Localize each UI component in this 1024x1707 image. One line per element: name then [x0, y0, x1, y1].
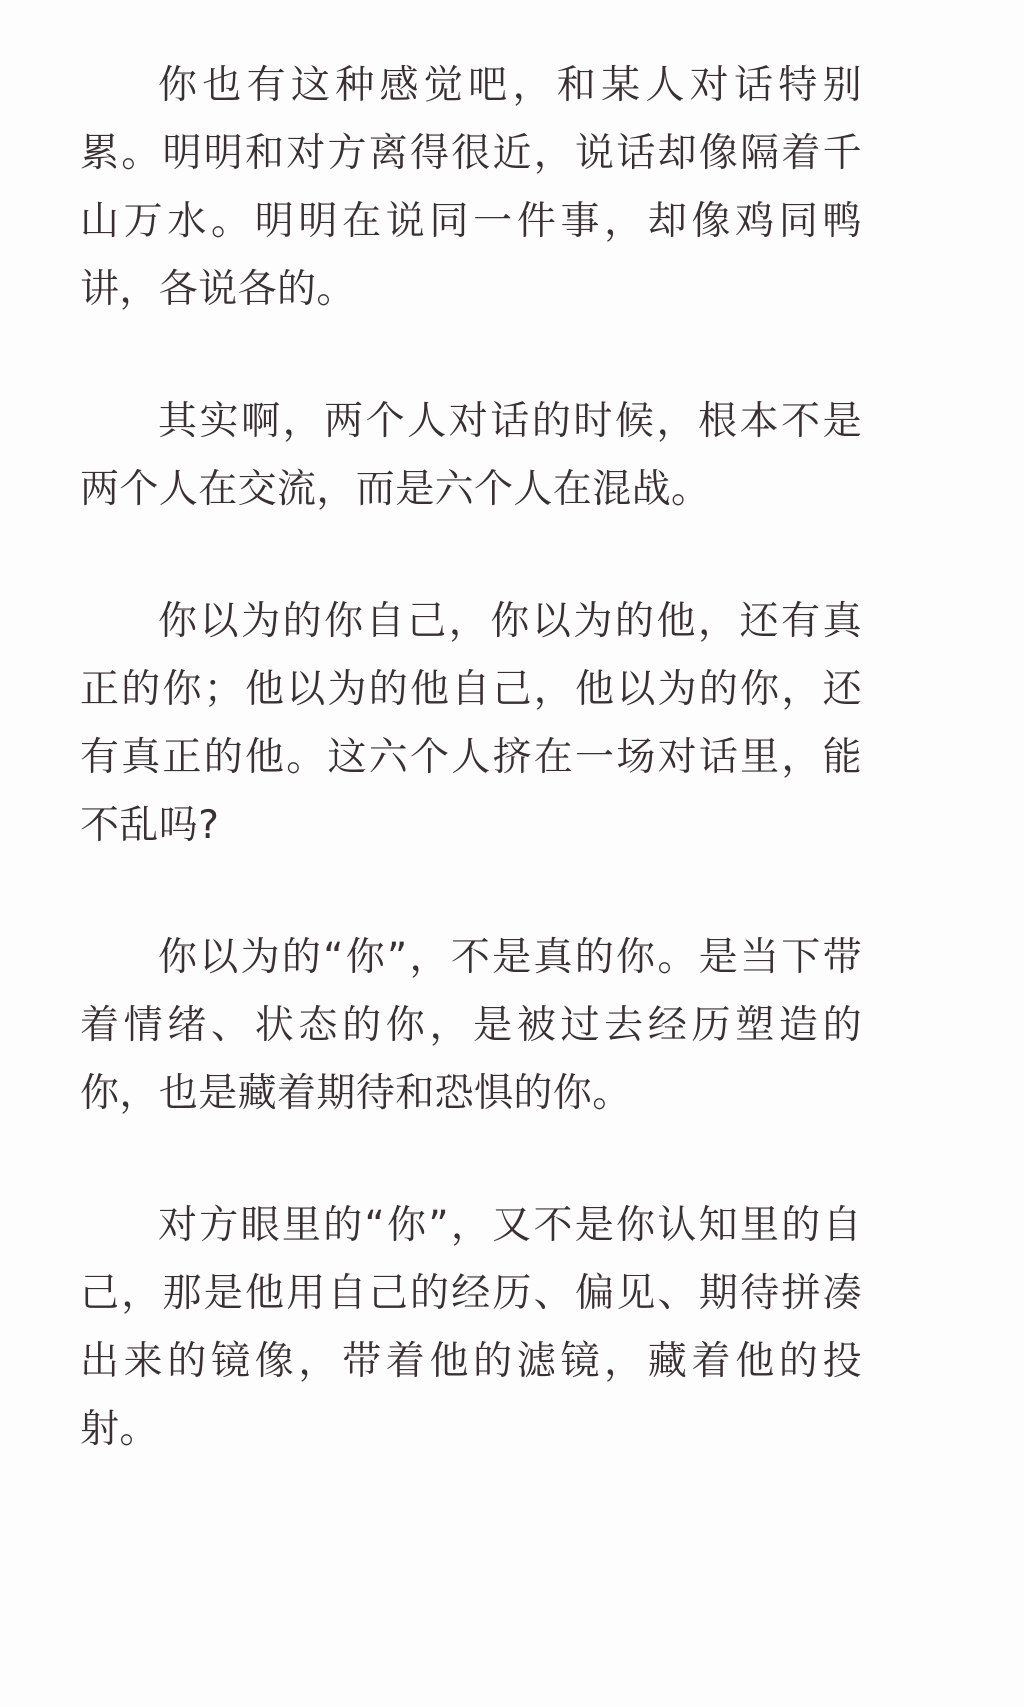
- paragraph-2: 其实啊，两个人对话的时候，根本不是两个人在交流，而是六个人在混战。: [80, 388, 862, 524]
- paragraph-4: 你以为的“你”，不是真的你。是当下带着情绪、状态的你，是被过去经历塑造的你，也是…: [80, 924, 862, 1128]
- paragraph-5: 对方眼里的“你”，又不是你认知里的自己，那是他用自己的经历、偏见、期待拼凑出来的…: [80, 1192, 862, 1464]
- paragraph-1: 你也有这种感觉吧，和某人对话特别累。明明和对方离得很近，说话却像隔着千山万水。明…: [80, 52, 862, 324]
- paragraph-3: 你以为的你自己，你以为的他，还有真正的你；他以为的他自己，他以为的你，还有真正的…: [80, 588, 862, 860]
- article-body: 你也有这种感觉吧，和某人对话特别累。明明和对方离得很近，说话却像隔着千山万水。明…: [80, 52, 862, 1464]
